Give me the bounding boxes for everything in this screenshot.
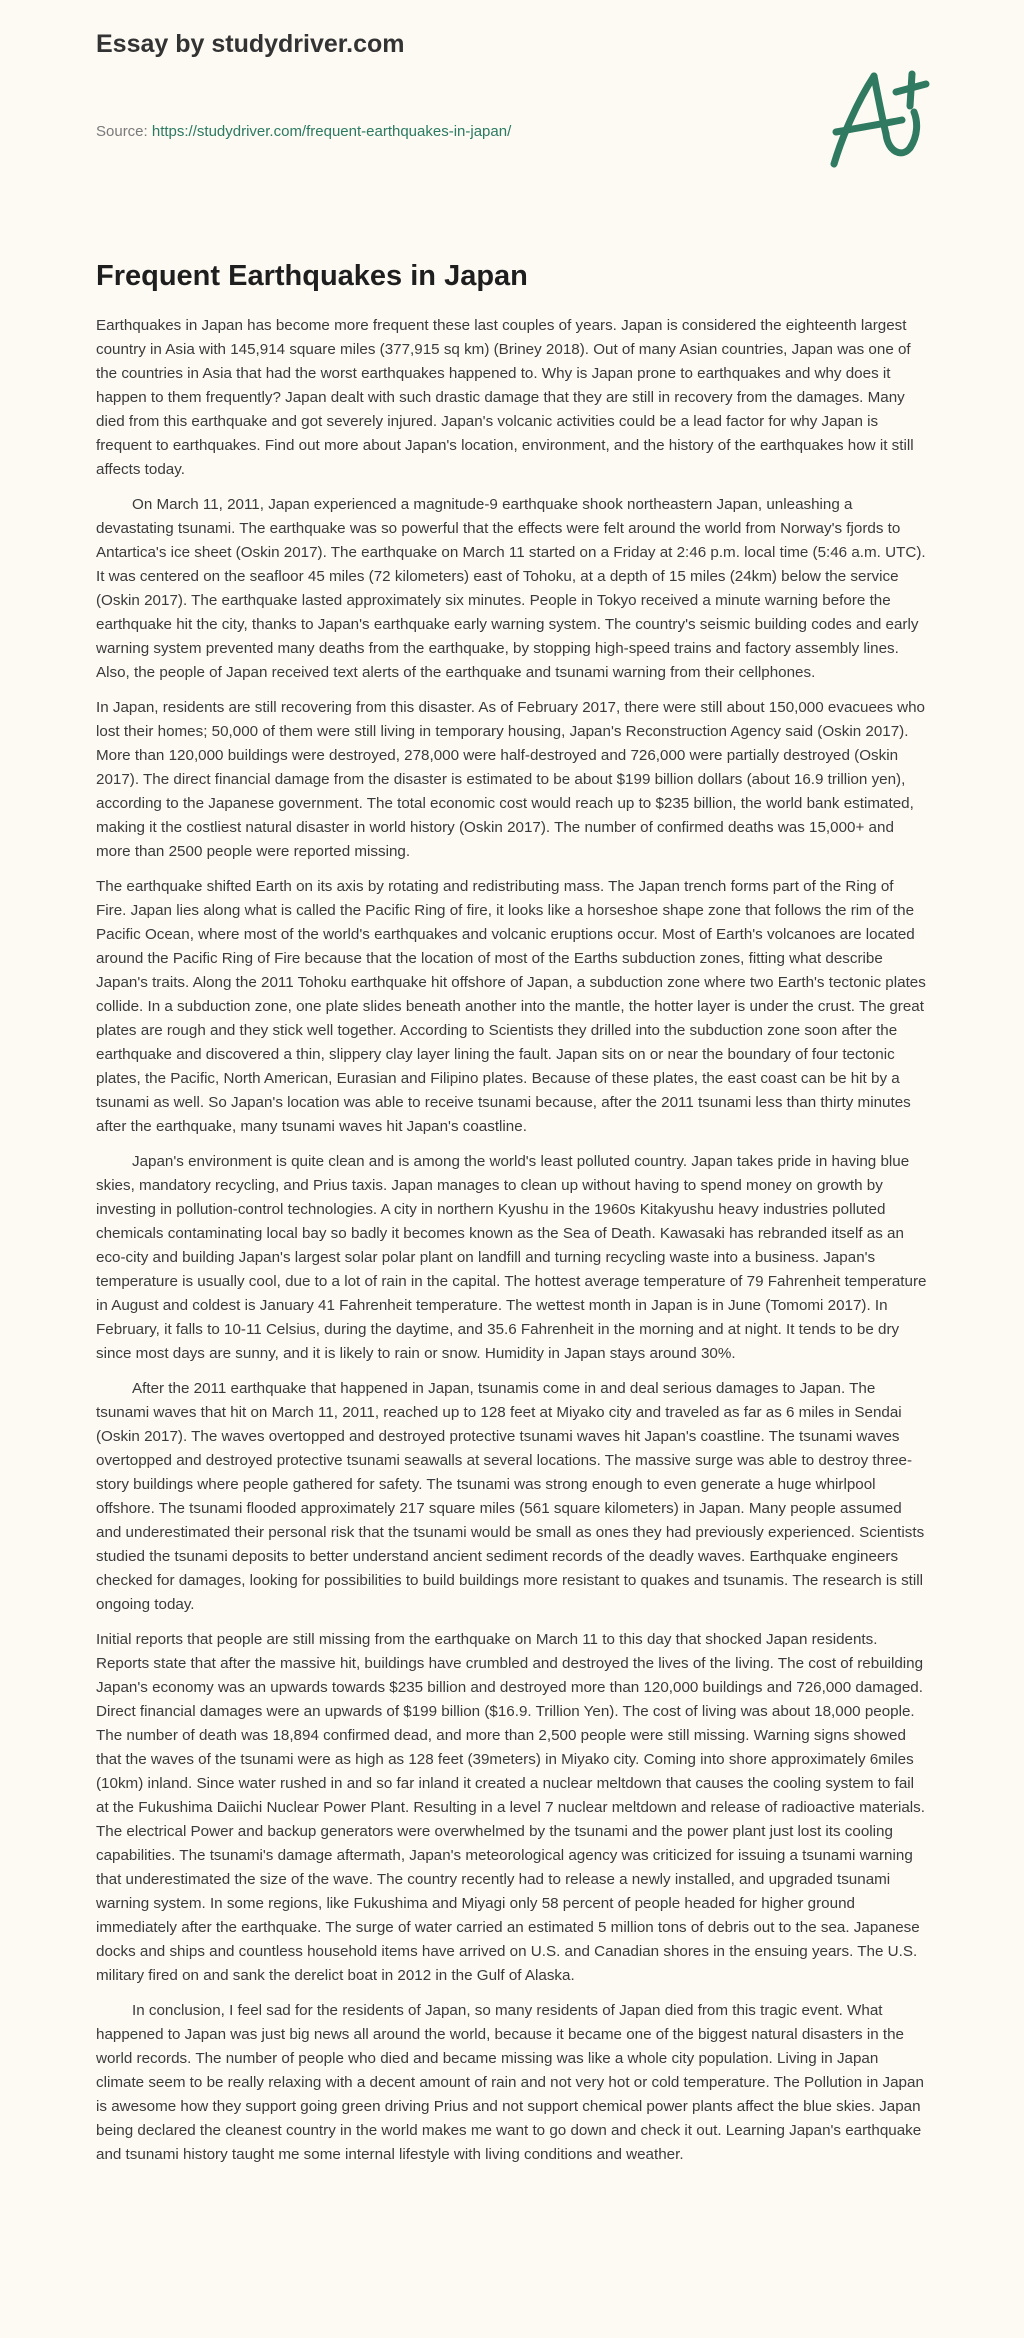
- essay-paragraph: On March 11, 2011, Japan experienced a m…: [96, 493, 928, 685]
- site-title: Essay by studydriver.com: [96, 30, 404, 59]
- essay-paragraph: Initial reports that people are still mi…: [96, 1628, 928, 1988]
- essay-paragraph: After the 2011 earthquake that happened …: [96, 1377, 928, 1617]
- main-content: Frequent Earthquakes in Japan Earthquake…: [0, 258, 1024, 2167]
- source-label: Source:: [96, 123, 152, 140]
- source-line: Source: https://studydriver.com/frequent…: [96, 123, 511, 140]
- essay-paragraph: Earthquakes in Japan has become more fre…: [96, 314, 928, 482]
- essay-paragraph: In Japan, residents are still recovering…: [96, 696, 928, 864]
- essay-title: Frequent Earthquakes in Japan: [96, 258, 928, 294]
- essay-paragraph: The earthquake shifted Earth on its axis…: [96, 875, 928, 1139]
- a-plus-logo-icon: [822, 62, 932, 172]
- page-header: Essay by studydriver.com Source: https:/…: [0, 0, 1024, 200]
- essay-paragraph: In conclusion, I feel sad for the reside…: [96, 1999, 928, 2167]
- essay-paragraph: Japan's environment is quite clean and i…: [96, 1150, 928, 1366]
- essay-body: Earthquakes in Japan has become more fre…: [96, 314, 928, 2167]
- source-link[interactable]: https://studydriver.com/frequent-earthqu…: [152, 123, 511, 140]
